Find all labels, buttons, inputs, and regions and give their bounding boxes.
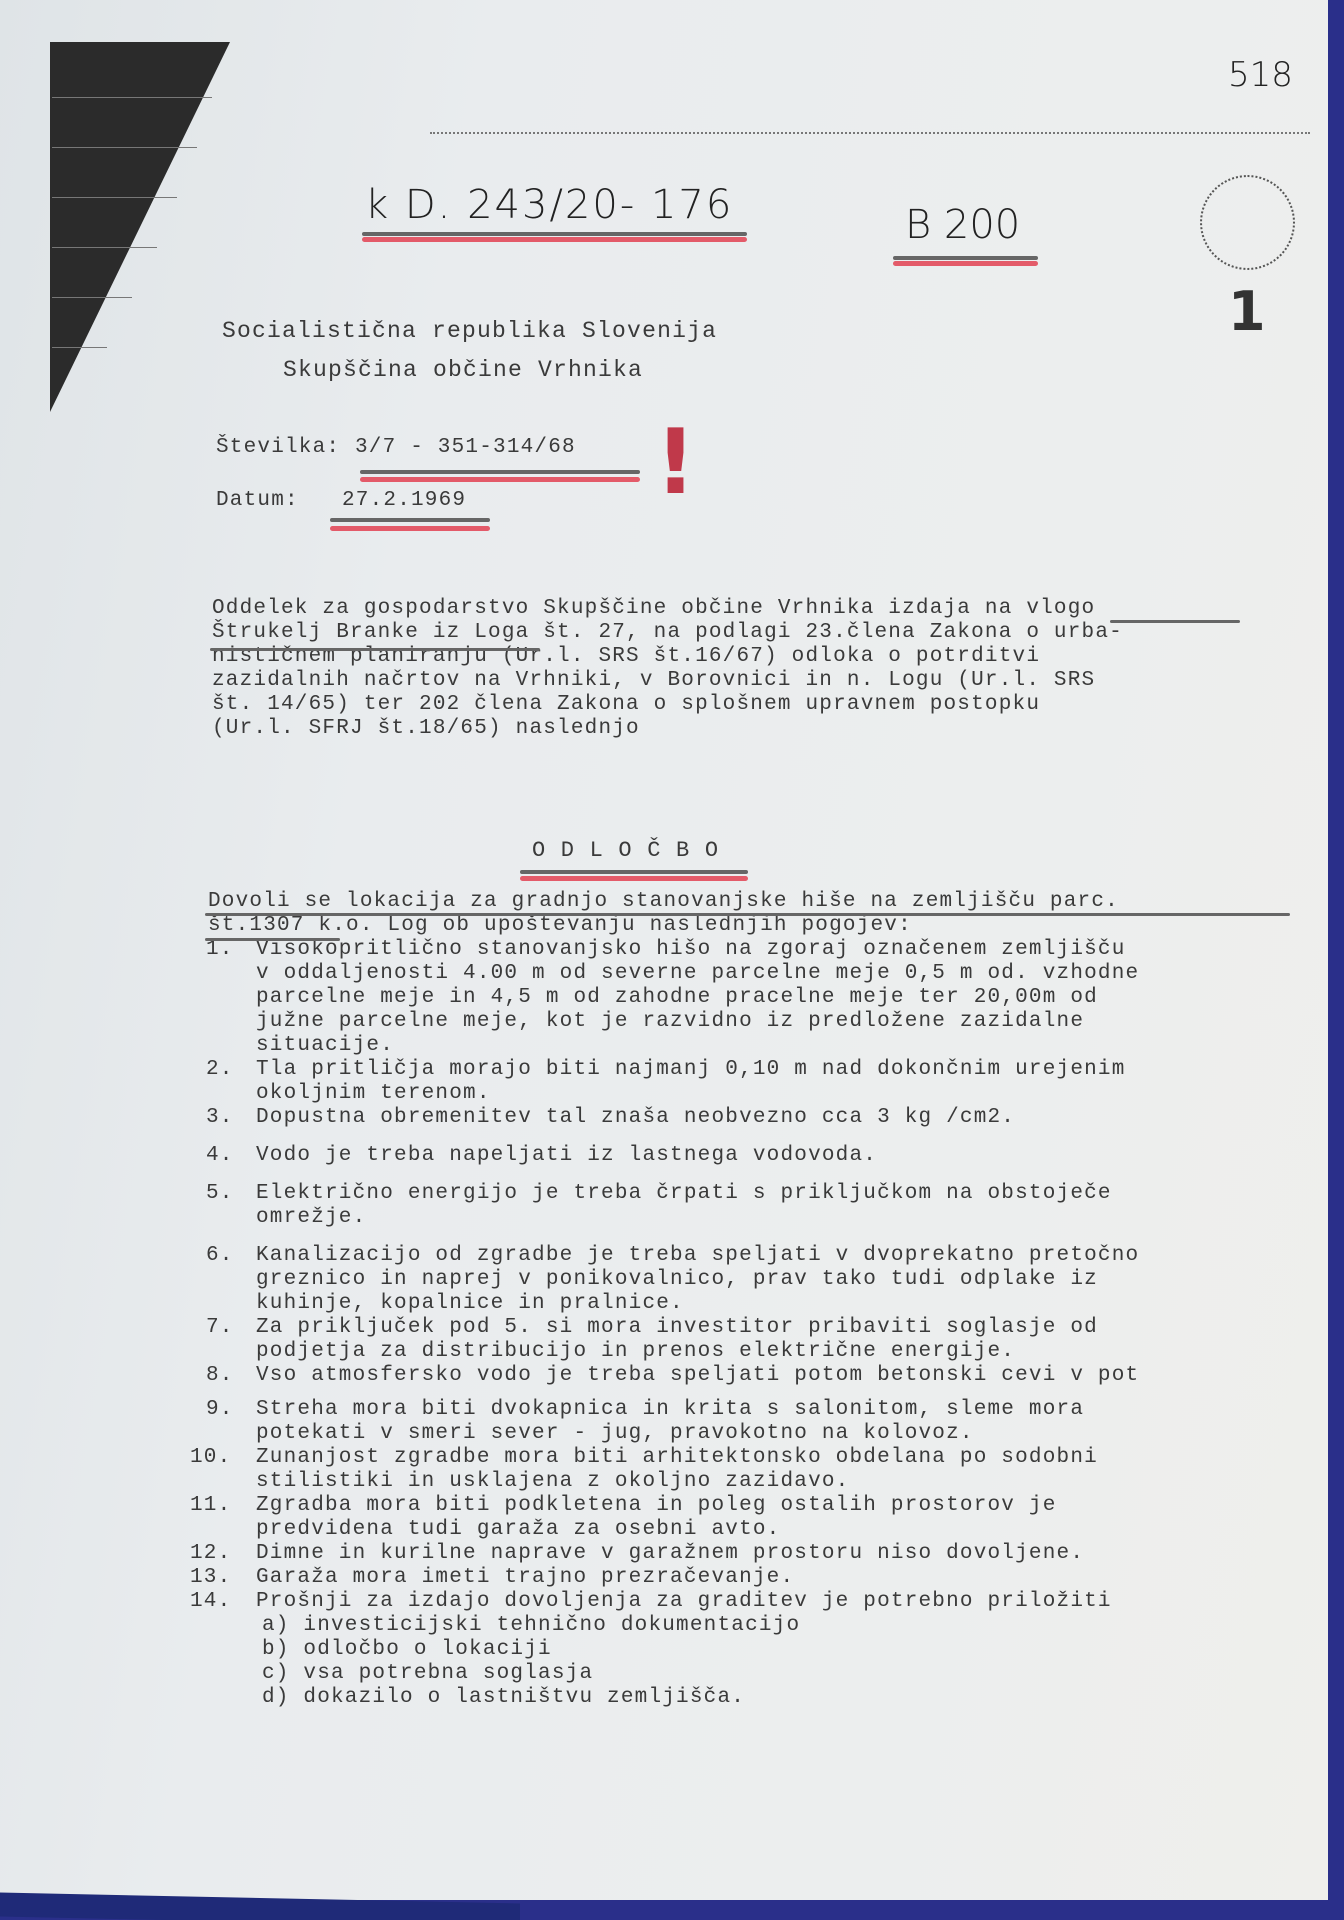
black-corner-mark bbox=[50, 42, 230, 412]
condition-line: Za priključek pod 5. si mora investitor … bbox=[256, 1316, 1098, 1339]
condition-line: Zunanjost zgradbe mora biti arhitektonsk… bbox=[256, 1446, 1098, 1469]
intro-line: Oddelek za gospodarstvo Skupščine občine… bbox=[212, 597, 1095, 620]
intro-line: zazidalnih načrtov na Vrhniki, v Borovni… bbox=[212, 669, 1095, 692]
condition-line: parcelne meje in 4,5 m od zahodne pracel… bbox=[256, 986, 1098, 1009]
condition-line: predvidena tudi garaža za osebni avto. bbox=[256, 1518, 780, 1541]
condition-line: Tla pritličja morajo biti najmanj 0,10 m… bbox=[256, 1058, 1126, 1081]
condition-number: 1. bbox=[206, 938, 234, 961]
condition-line: Garaža mora imeti trajno prezračevanje. bbox=[256, 1566, 794, 1589]
condition-number: 4. bbox=[206, 1144, 234, 1167]
dotted-rule bbox=[430, 132, 1310, 134]
condition-line: potekati v smeri sever - jug, pravokotno… bbox=[256, 1422, 974, 1445]
condition-line: Zgradba mora biti podkletena in poleg os… bbox=[256, 1494, 1057, 1517]
intro-line: št. 14/65) ter 202 člena Zakona o splošn… bbox=[212, 693, 1040, 716]
attachment-item: c) vsa potrebna soglasja bbox=[262, 1662, 593, 1685]
condition-number: 11. bbox=[190, 1494, 231, 1517]
condition-line: Električno energijo je treba črpati s pr… bbox=[256, 1182, 1112, 1205]
condition-line: v oddaljenosti 4.00 m od severne parceln… bbox=[256, 962, 1139, 985]
condition-number: 14. bbox=[190, 1590, 231, 1613]
condition-line: Dopustna obremenitev tal znaša neobvezno… bbox=[256, 1106, 1015, 1129]
page-number: 518 bbox=[1228, 55, 1293, 95]
archive-stamp bbox=[1200, 175, 1295, 270]
document-page: 518 k D. 243/20- 176 B 200 1 Socialistič… bbox=[0, 0, 1328, 1900]
condition-number: 5. bbox=[206, 1182, 234, 1205]
condition-number: 8. bbox=[206, 1364, 234, 1387]
number-label: Številka: bbox=[216, 436, 340, 459]
attachment-item: b) odločbo o lokaciji bbox=[262, 1638, 552, 1661]
condition-line: Dimne in kurilne naprave v garažnem pros… bbox=[256, 1542, 1084, 1565]
condition-line: greznico in naprej v ponikovalnico, prav… bbox=[256, 1268, 1098, 1291]
condition-line: Vso atmosfersko vodo je treba speljati p… bbox=[256, 1364, 1139, 1387]
condition-line: podjetja za distribucijo in prenos elekt… bbox=[256, 1340, 1015, 1363]
condition-line: Vodo je treba napeljati iz lastnega vodo… bbox=[256, 1144, 877, 1167]
condition-line: okoljnim terenom. bbox=[256, 1082, 491, 1105]
condition-line: Prošnji za izdajo dovoljenja za graditev… bbox=[256, 1590, 1112, 1613]
intro-line: (Ur.l. SFRJ št.18/65) naslednjo bbox=[212, 717, 640, 740]
decision-opening-line: Dovoli se lokacija za gradnjo stanovanjs… bbox=[208, 890, 1119, 913]
date-label: Datum: bbox=[216, 489, 299, 512]
condition-line: Streha mora biti dvokapnica in krita s s… bbox=[256, 1398, 1084, 1421]
attachment-item: d) dokazilo o lastništvu zemljišča. bbox=[262, 1686, 745, 1709]
condition-number: 12. bbox=[190, 1542, 231, 1565]
assembly-heading: Skupščina občine Vrhnika bbox=[283, 357, 643, 383]
condition-number: 9. bbox=[206, 1398, 234, 1421]
condition-line: Visokopritlično stanovanjsko hišo na zgo… bbox=[256, 938, 1126, 961]
condition-line: kuhinje, kopalnice in pralnice. bbox=[256, 1292, 684, 1315]
condition-number: 7. bbox=[206, 1316, 234, 1339]
intro-line: Štrukelj Branke iz Loga št. 27, na podla… bbox=[212, 621, 1123, 644]
condition-line: južne parcelne meje, kot je razvidno iz … bbox=[256, 1010, 1084, 1033]
condition-number: 3. bbox=[206, 1106, 234, 1129]
republic-heading: Socialistična republika Slovenija bbox=[222, 318, 717, 344]
condition-number: 13. bbox=[190, 1566, 231, 1589]
exclamation-mark: ! bbox=[655, 410, 696, 515]
condition-line: Kanalizacijo od zgradbe je treba speljat… bbox=[256, 1244, 1139, 1267]
decision-opening-line: št.1307 k.o. Log ob upoštevanju naslednj… bbox=[208, 914, 912, 937]
condition-number: 2. bbox=[206, 1058, 234, 1081]
condition-line: stilistiki in usklajena z okoljno zazida… bbox=[256, 1470, 850, 1493]
number-value: 3/7 - 351-314/68 bbox=[355, 436, 576, 459]
file-reference: k D. 243/20- 176 bbox=[365, 182, 733, 228]
margin-number: 1 bbox=[1228, 280, 1266, 343]
condition-line: situacije. bbox=[256, 1034, 394, 1057]
condition-number: 6. bbox=[206, 1244, 234, 1267]
date-value: 27.2.1969 bbox=[342, 489, 466, 512]
condition-line: omrežje. bbox=[256, 1206, 366, 1229]
condition-number: 10. bbox=[190, 1446, 231, 1469]
box-reference: B 200 bbox=[905, 202, 1020, 248]
decision-title: O D L O Č B O bbox=[532, 838, 719, 863]
attachment-item: a) investicijski tehnično dokumentacijo bbox=[262, 1614, 800, 1637]
